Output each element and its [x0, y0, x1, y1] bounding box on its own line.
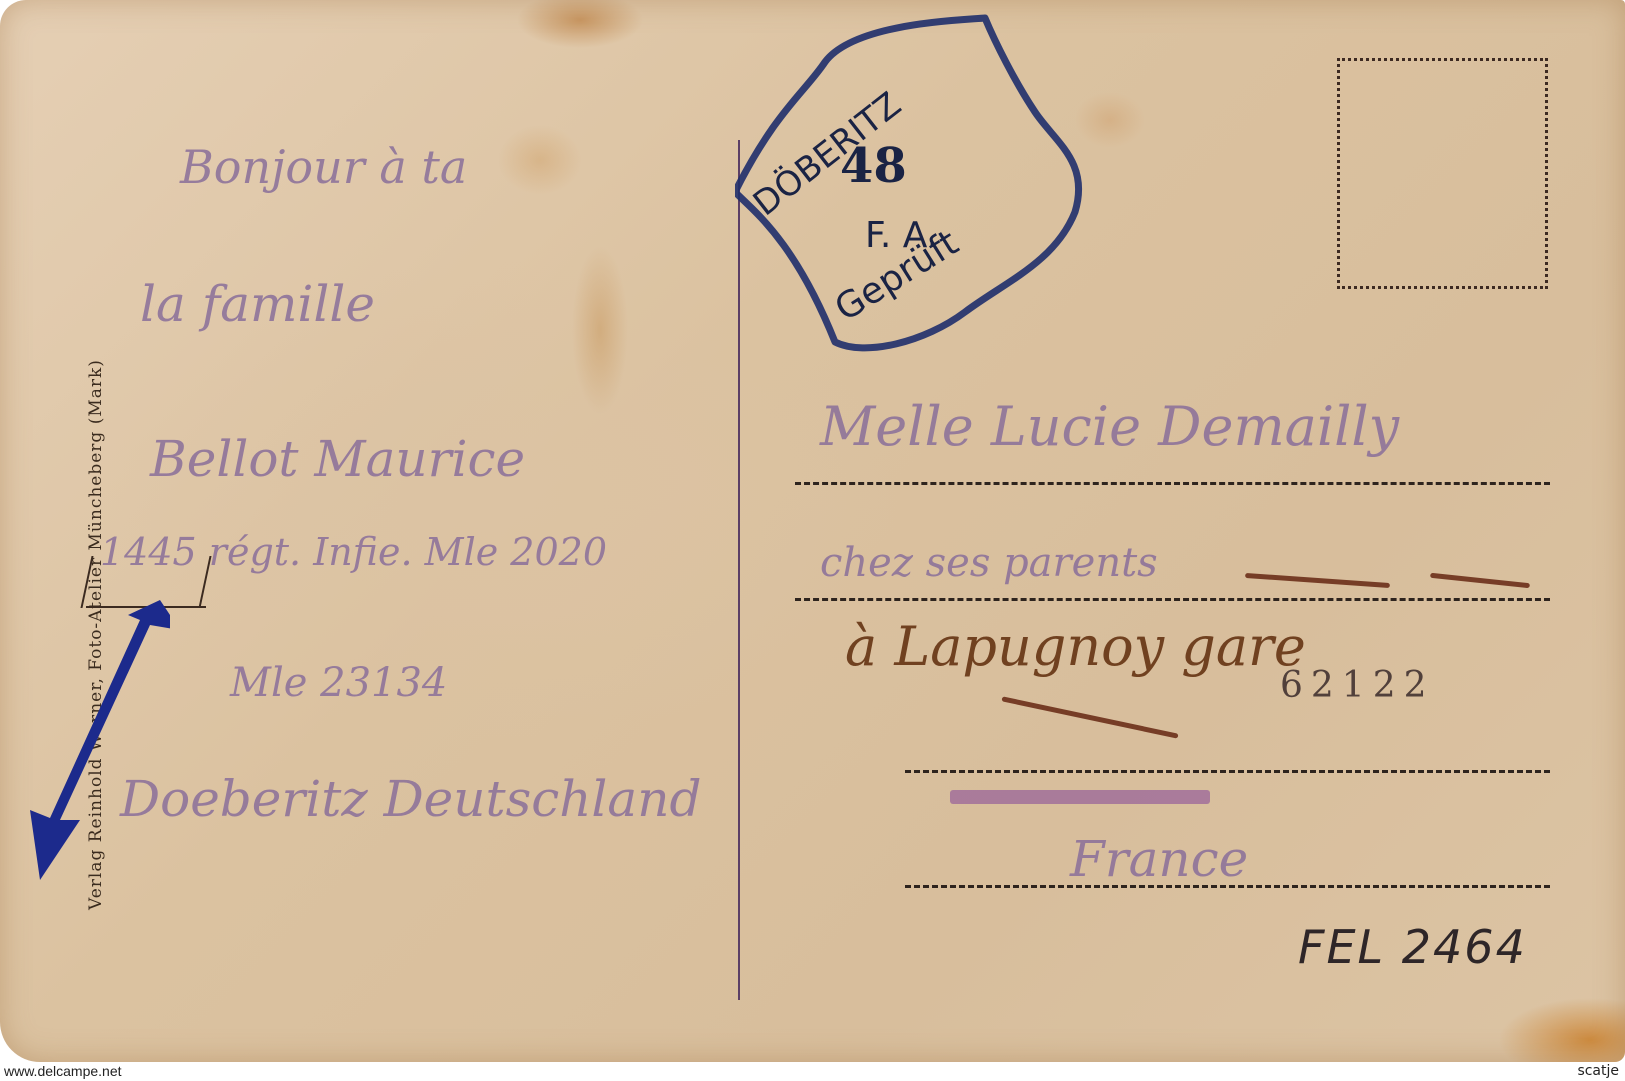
message-line: la famille [140, 275, 375, 333]
address-line: Melle Lucie Demailly [820, 395, 1399, 458]
postcard-back: Verlag Reinhold Werner, Foto-Atelier Mün… [0, 0, 1625, 1062]
address-line-3 [905, 770, 1550, 773]
censor-stamp-number: 48 [840, 138, 907, 194]
correction-strike [1430, 573, 1530, 588]
reference-code: FEL 2464 [1298, 920, 1527, 974]
message-line: Mle 23134 [230, 660, 447, 706]
watermark-left: www.delcampe.net [4, 1063, 122, 1079]
correction-strike [1245, 573, 1390, 588]
watermark-right: scatje [1577, 1063, 1619, 1079]
message-line: Doeberitz Deutschland [120, 770, 701, 828]
address-line: à Lapugnoy gare [845, 615, 1306, 678]
correction-strike [1001, 696, 1178, 738]
message-line: 1445 régt. Infie. Mle 2020 [100, 530, 607, 574]
stamp-placeholder-box [1337, 58, 1548, 289]
address-line: chez ses parents [820, 540, 1158, 586]
address-line: France [1070, 830, 1248, 888]
correction-strike [950, 790, 1210, 804]
message-line: Bonjour à ta [180, 140, 467, 194]
highlight-arrow [20, 590, 170, 890]
postal-code: 62122 [1280, 665, 1435, 706]
address-line-2 [795, 598, 1550, 601]
message-line: Bellot Maurice [150, 430, 525, 488]
address-line-1 [795, 482, 1550, 485]
censor-stamp: DÖBERITZ 48 F. A. Geprüft [735, 12, 1125, 372]
